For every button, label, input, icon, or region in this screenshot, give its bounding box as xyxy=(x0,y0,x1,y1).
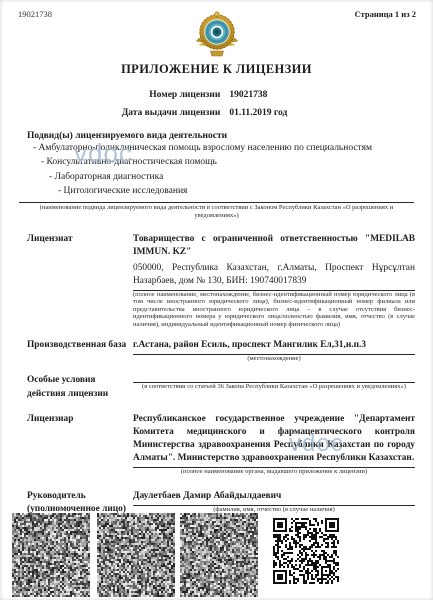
subtype-item: - Цитологические исследования xyxy=(58,184,433,198)
header-doc-number: 19021738 xyxy=(18,9,52,19)
qr-code xyxy=(273,518,339,584)
divider xyxy=(19,202,414,203)
production-base-label: Производственная база xyxy=(27,339,133,362)
licensee-footnote: (полное наименование, местонахождение, б… xyxy=(133,291,415,328)
license-number-value: 19021738 xyxy=(229,90,287,100)
special-conditions-section: Особые условия действия лицензии (в соот… xyxy=(0,374,433,401)
kazakhstan-state-emblem-icon xyxy=(193,11,240,58)
subtype-item: - Амбулаторно-поликлиническая помощь взр… xyxy=(33,141,433,155)
licensor-footnote: (полное наименование органа, выдавшего п… xyxy=(133,468,415,475)
special-conditions-footnote: (в соответствии со статьей 36 Закона Рес… xyxy=(133,383,415,390)
subtype-item: - Консультативно-диагностическая помощь xyxy=(41,155,433,169)
license-info: Номер лицензии 19021738 Дата выдачи лице… xyxy=(122,90,288,118)
licensor-section: Лицензиар Республиканское государственно… xyxy=(0,413,433,475)
production-base-section: Производственная база г.Астана, район Ес… xyxy=(0,339,433,362)
data-matrix-code-1 xyxy=(12,513,90,597)
licensee-name: Товарищество с ограниченной ответственно… xyxy=(133,233,415,259)
production-base-value: г.Астана, район Есиль, проспект Мангилик… xyxy=(133,339,415,352)
subtypes-heading: Подвид(ы) лицензируемого вида деятельнос… xyxy=(27,131,433,141)
data-matrix-code-3 xyxy=(180,513,258,597)
machine-codes-row xyxy=(0,513,433,600)
licensee-label: Лицензиат xyxy=(27,233,133,328)
license-issue-date-value: 01.11.2019 год xyxy=(229,108,287,118)
licensee-section: Лицензиат Товарищество с ограниченной от… xyxy=(0,233,433,328)
production-base-footnote: (местонахождение) xyxy=(133,355,415,362)
head-person-name: Даулетбаев Дамир Абайдылдаевич xyxy=(133,490,415,503)
head-person-label-line1: Руководитель xyxy=(27,490,129,504)
license-issue-date-label: Дата выдачи лицензии xyxy=(122,108,221,118)
licensor-value: Республиканское государственное учрежден… xyxy=(133,413,415,465)
license-number-label: Номер лицензии xyxy=(122,90,221,100)
subtypes-footnote: (наименование подвида лицензируемого вид… xyxy=(34,204,399,219)
subtype-item: - Лабораторная диагностика xyxy=(49,170,433,184)
document-body: ПРИЛОЖЕНИЕ К ЛИЦЕНЗИИ Номер лицензии 190… xyxy=(0,62,433,517)
special-conditions-label-line1: Особые условия xyxy=(27,374,129,388)
special-conditions-label-line2: действия лицензии xyxy=(27,388,129,402)
licensee-address: 050000, Республика Казахстан, г.Алматы, … xyxy=(133,262,415,288)
header-page-indicator: Страница 1 из 2 xyxy=(355,9,416,19)
document-title: ПРИЛОЖЕНИЕ К ЛИЦЕНЗИИ xyxy=(0,62,433,77)
data-matrix-code-2 xyxy=(97,513,175,597)
licensor-label: Лицензиар xyxy=(27,413,133,475)
special-conditions-label: Особые условия действия лицензии xyxy=(27,374,133,401)
